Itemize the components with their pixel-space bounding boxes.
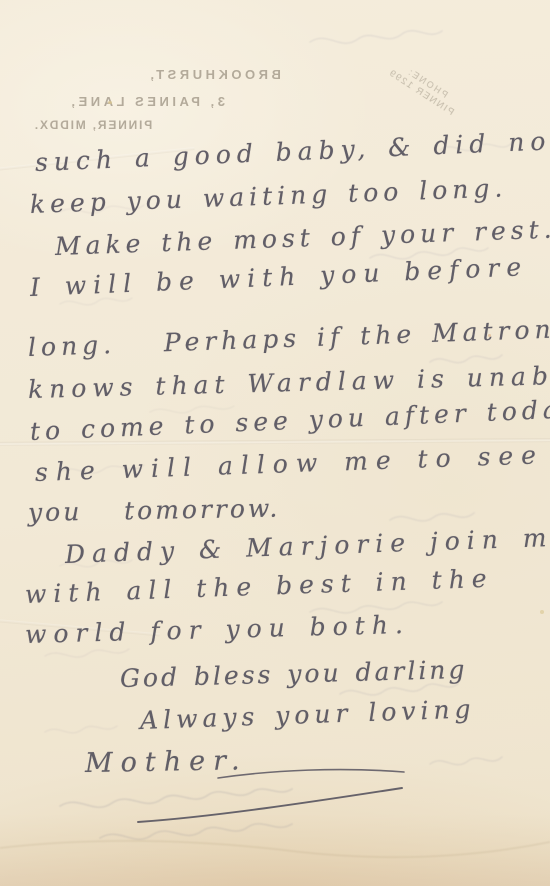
signature-mother: Mother. (85, 745, 248, 779)
handwriting-line-9: you tomorrow. (28, 494, 281, 527)
letterhead-line-house: BROOKHURST, (147, 67, 281, 82)
handwriting-line-10: Daddy & Marjorie join me (64, 522, 550, 569)
letterhead-text: 3, PAINES LANE, (68, 94, 225, 109)
handwriting-line-13: God bless you darling (120, 655, 468, 693)
letterhead-phone: PHONE: PINNER 1299 (386, 58, 462, 118)
handwriting-line-14: Always your loving (139, 694, 476, 735)
handwriting-line-1: such a good baby, & did not (34, 126, 550, 177)
handwriting-line-8: she will allow me to see (34, 440, 544, 487)
handwriting-line-4: I will be with you before (29, 252, 528, 302)
page-edge-shadow (0, 814, 550, 886)
paper-speck (540, 610, 544, 614)
handwriting-line-11: with all the best in the (24, 564, 494, 609)
letterhead-line-town: PINNER, MIDDX. (33, 118, 152, 132)
letterhead-line-street: 3, PAINES LANE, (68, 94, 225, 109)
handwriting-line-2: keep you waiting too long. (29, 173, 507, 219)
handwriting-line-5: long. Perhaps if the Matron (27, 315, 550, 362)
letter-page: BROOKHURST, 3, PAINES LANE, PINNER, MIDD… (0, 0, 550, 886)
letterhead-text: PINNER, MIDDX. (33, 118, 152, 132)
letterhead-text: BROOKHURST, (147, 67, 281, 82)
handwriting-line-12: world for you both. (25, 610, 411, 649)
